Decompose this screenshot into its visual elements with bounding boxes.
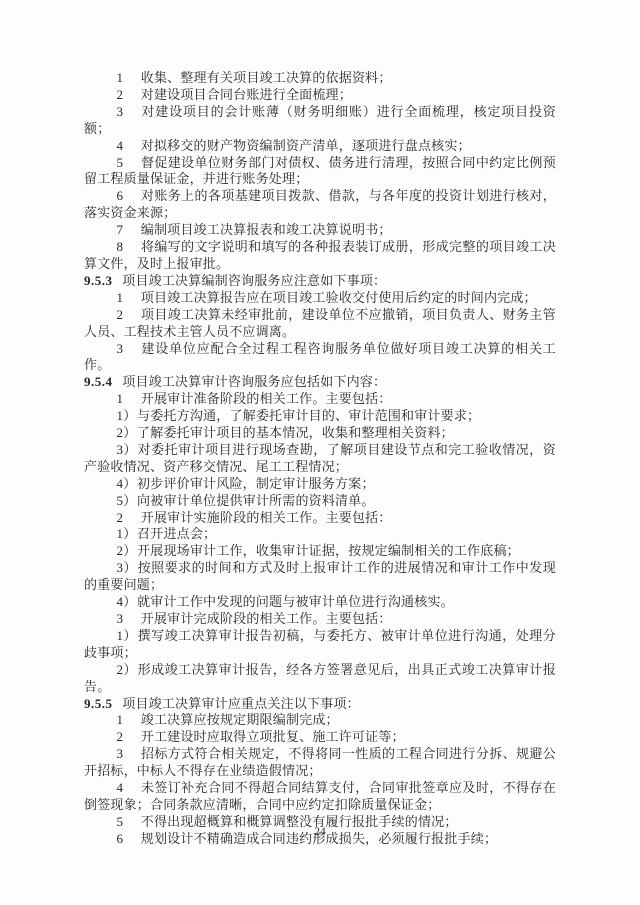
list-marker: 1 [117, 70, 124, 85]
paragraph: 4未签订补充合同不得超合同结算支付，合同审批签章应及时，不得存在倒签现象；合同条… [84, 780, 556, 814]
paragraph-text: 收集、整理有关项目竣工决算的依据资料； [141, 70, 392, 85]
list-marker: 1） [117, 408, 137, 423]
list-marker: 2 [117, 87, 124, 102]
paragraph: 3）按照要求的时间和方式及时上报审计工作的进展情况和审计工作中发现的重要问题； [84, 560, 556, 594]
list-marker: 4） [117, 476, 137, 491]
paragraph-text: 招标方式符合相关规定，不得将同一性质的工程合同进行分拆、规避公开招标，中标人不得… [84, 746, 556, 778]
paragraph-text: 与委托方沟通，了解委托审计目的、审计范围和审计要求； [137, 408, 480, 423]
list-marker: 4 [117, 780, 124, 795]
paragraph: 3招标方式符合相关规定，不得将同一性质的工程合同进行分拆、规避公开招标，中标人不… [84, 746, 556, 780]
section-heading: 9.5.5项目竣工决算审计应重点关注以下事项： [84, 696, 556, 713]
paragraph-text: 向被审计单位提供审计所需的资料清单。 [137, 493, 375, 508]
paragraph: 7编制项目竣工决算报表和竣工决算说明书； [84, 222, 556, 239]
paragraph: 1项目竣工决算报告应在项目竣工验收交付使用后约定的时间内完成； [84, 290, 556, 307]
list-marker: 2 [117, 510, 124, 525]
list-marker: 2 [117, 729, 124, 744]
section-number: 9.5.3 [84, 273, 113, 288]
list-marker: 8 [117, 239, 124, 254]
paragraph: 4对拟移交的财产物资编制资产清单，逐项进行盘点核实； [84, 138, 556, 155]
paragraph: 1）与委托方沟通，了解委托审计目的、审计范围和审计要求； [84, 408, 556, 425]
list-marker: 3 [117, 104, 124, 119]
list-marker: 4） [117, 594, 137, 609]
paragraph: 6对账务上的各项基建项目拨款、借款，与各年度的投资计划进行核对，落实资金来源； [84, 188, 556, 222]
paragraph: 8将编写的文字说明和填写的各种报表装订成册，形成完整的项目竣工决算文件，及时上报… [84, 239, 556, 273]
list-marker: 2） [117, 425, 137, 440]
list-marker: 3） [117, 442, 138, 457]
list-marker: 2 [117, 307, 124, 322]
paragraph: 5）向被审计单位提供审计所需的资料清单。 [84, 493, 556, 510]
section-heading: 9.5.4项目竣工决算审计咨询服务应包括如下内容： [84, 374, 556, 391]
paragraph-text: 项目竣工决算报告应在项目竣工验收交付使用后约定的时间内完成； [141, 290, 537, 305]
paragraph: 5督促建设单位财务部门对债权、债务进行清理，按照合同中约定比例预留工程质量保证金… [84, 155, 556, 189]
list-marker: 3） [117, 560, 138, 575]
list-marker: 1） [117, 628, 138, 643]
list-marker: 1 [117, 290, 124, 305]
paragraph-text: 开展审计准备阶段的相关工作。主要包括： [141, 391, 392, 406]
list-marker: 5） [117, 493, 137, 508]
paragraph: 2开展审计实施阶段的相关工作。主要包括： [84, 510, 556, 527]
paragraph: 3对建设项目的会计账薄（财务明细账）进行全面梳理，核定项目投资额； [84, 104, 556, 138]
paragraph-text: 项目竣工决算编制咨询服务应注意如下事项： [122, 273, 386, 288]
document-page: 1收集、整理有关项目竣工决算的依据资料；2对建设项目合同台账进行全面梳理；3对建… [0, 0, 640, 905]
list-marker: 7 [117, 222, 124, 237]
paragraph: 1收集、整理有关项目竣工决算的依据资料； [84, 70, 556, 87]
paragraph: 3建设单位应配合全过程工程咨询服务单位做好项目竣工决算的相关工作。 [84, 341, 556, 375]
list-marker: 1 [117, 712, 124, 727]
paragraph-text: 对建设项目的会计账薄（财务明细账）进行全面梳理，核定项目投资额； [84, 104, 556, 136]
paragraph-text: 对账务上的各项基建项目拨款、借款，与各年度的投资计划进行核对，落实资金来源； [84, 188, 556, 220]
paragraph: 2）开展现场审计工作，收集审计证据，按规定编制相关的工作底稿； [84, 543, 556, 560]
paragraph-text: 开展审计实施阶段的相关工作。主要包括： [141, 510, 392, 525]
paragraph-text: 对委托审计项目进行现场查勘，了解项目建设节点和完工验收情况，资产验收情况、资产移… [84, 442, 556, 474]
page-number: 24 [0, 826, 640, 838]
document-body: 1收集、整理有关项目竣工决算的依据资料；2对建设项目合同台账进行全面梳理；3对建… [84, 70, 556, 848]
paragraph-text: 开展现场审计工作，收集审计证据，按规定编制相关的工作底稿； [137, 543, 520, 558]
section-heading: 9.5.3项目竣工决算编制咨询服务应注意如下事项： [84, 273, 556, 290]
list-marker: 4 [117, 138, 124, 153]
paragraph-text: 督促建设单位财务部门对债权、债务进行清理，按照合同中约定比例预留工程质量保证金，… [84, 155, 556, 187]
paragraph: 4）初步评价审计风险，制定审计服务方案； [84, 476, 556, 493]
paragraph: 3开展审计完成阶段的相关工作。主要包括： [84, 611, 556, 628]
paragraph-text: 开工建设时应取得立项批复、施工许可证等； [141, 729, 405, 744]
paragraph-text: 了解委托审计项目的基本情况，收集和整理相关资料； [137, 425, 454, 440]
section-number: 9.5.4 [84, 374, 113, 389]
paragraph-text: 项目竣工决算未经审批前，建设单位不应撤销，项目负责人、财务主管人员、工程技术主管… [84, 307, 556, 339]
paragraph: 2对建设项目合同台账进行全面梳理； [84, 87, 556, 104]
list-marker: 5 [117, 155, 124, 170]
paragraph-text: 竣工决算应按规定期限编制完成； [141, 712, 339, 727]
list-marker: 6 [117, 188, 124, 203]
paragraph-text: 建设单位应配合全过程工程咨询服务单位做好项目竣工决算的相关工作。 [84, 341, 556, 373]
list-marker: 1） [117, 526, 137, 541]
paragraph-text: 项目竣工决算审计应重点关注以下事项： [122, 696, 360, 711]
paragraph: 1）撰写竣工决算审计报告初稿，与委托方、被审计单位进行沟通，处理分歧事项； [84, 628, 556, 662]
paragraph: 2项目竣工决算未经审批前，建设单位不应撤销，项目负责人、财务主管人员、工程技术主… [84, 307, 556, 341]
paragraph: 2）了解委托审计项目的基本情况，收集和整理相关资料； [84, 425, 556, 442]
list-marker: 3 [117, 611, 124, 626]
paragraph: 4）就审计工作中发现的问题与被审计单位进行沟通核实。 [84, 594, 556, 611]
paragraph-text: 初步评价审计风险，制定审计服务方案； [137, 476, 375, 491]
section-number: 9.5.5 [84, 696, 113, 711]
paragraph: 2开工建设时应取得立项批复、施工许可证等； [84, 729, 556, 746]
paragraph: 1竣工决算应按规定期限编制完成； [84, 712, 556, 729]
list-marker: 3 [117, 341, 124, 356]
list-marker: 2） [117, 543, 137, 558]
list-marker: 1 [117, 391, 124, 406]
paragraph: 2）形成竣工决算审计报告，经各方签署意见后，出具正式竣工决算审计报告。 [84, 662, 556, 696]
paragraph-text: 将编写的文字说明和填写的各种报表装订成册，形成完整的项目竣工决算文件，及时上报审… [84, 239, 556, 271]
paragraph: 3）对委托审计项目进行现场查勘，了解项目建设节点和完工验收情况，资产验收情况、资… [84, 442, 556, 476]
paragraph-text: 撰写竣工决算审计报告初稿，与委托方、被审计单位进行沟通，处理分歧事项； [84, 628, 556, 660]
paragraph-text: 开展审计完成阶段的相关工作。主要包括： [141, 611, 392, 626]
paragraph-text: 未签订补充合同不得超合同结算支付，合同审批签章应及时，不得存在倒签现象；合同条款… [84, 780, 556, 812]
paragraph-text: 项目竣工决算审计咨询服务应包括如下内容： [122, 374, 386, 389]
paragraph-text: 对建设项目合同台账进行全面梳理； [141, 87, 352, 102]
paragraph-text: 就审计工作中发现的问题与被审计单位进行沟通核实。 [137, 594, 454, 609]
paragraph: 1）召开进点会； [84, 526, 556, 543]
list-marker: 3 [117, 746, 124, 761]
paragraph-text: 形成竣工决算审计报告，经各方签署意见后，出具正式竣工决算审计报告。 [84, 662, 556, 694]
paragraph-text: 按照要求的时间和方式及时上报审计工作的进展情况和审计工作中发现的重要问题； [84, 560, 556, 592]
paragraph-text: 对拟移交的财产物资编制资产清单，逐项进行盘点核实； [141, 138, 471, 153]
paragraph-text: 召开进点会； [137, 526, 216, 541]
paragraph: 1开展审计准备阶段的相关工作。主要包括： [84, 391, 556, 408]
paragraph-text: 编制项目竣工决算报表和竣工决算说明书； [141, 222, 392, 237]
list-marker: 2） [117, 662, 138, 677]
